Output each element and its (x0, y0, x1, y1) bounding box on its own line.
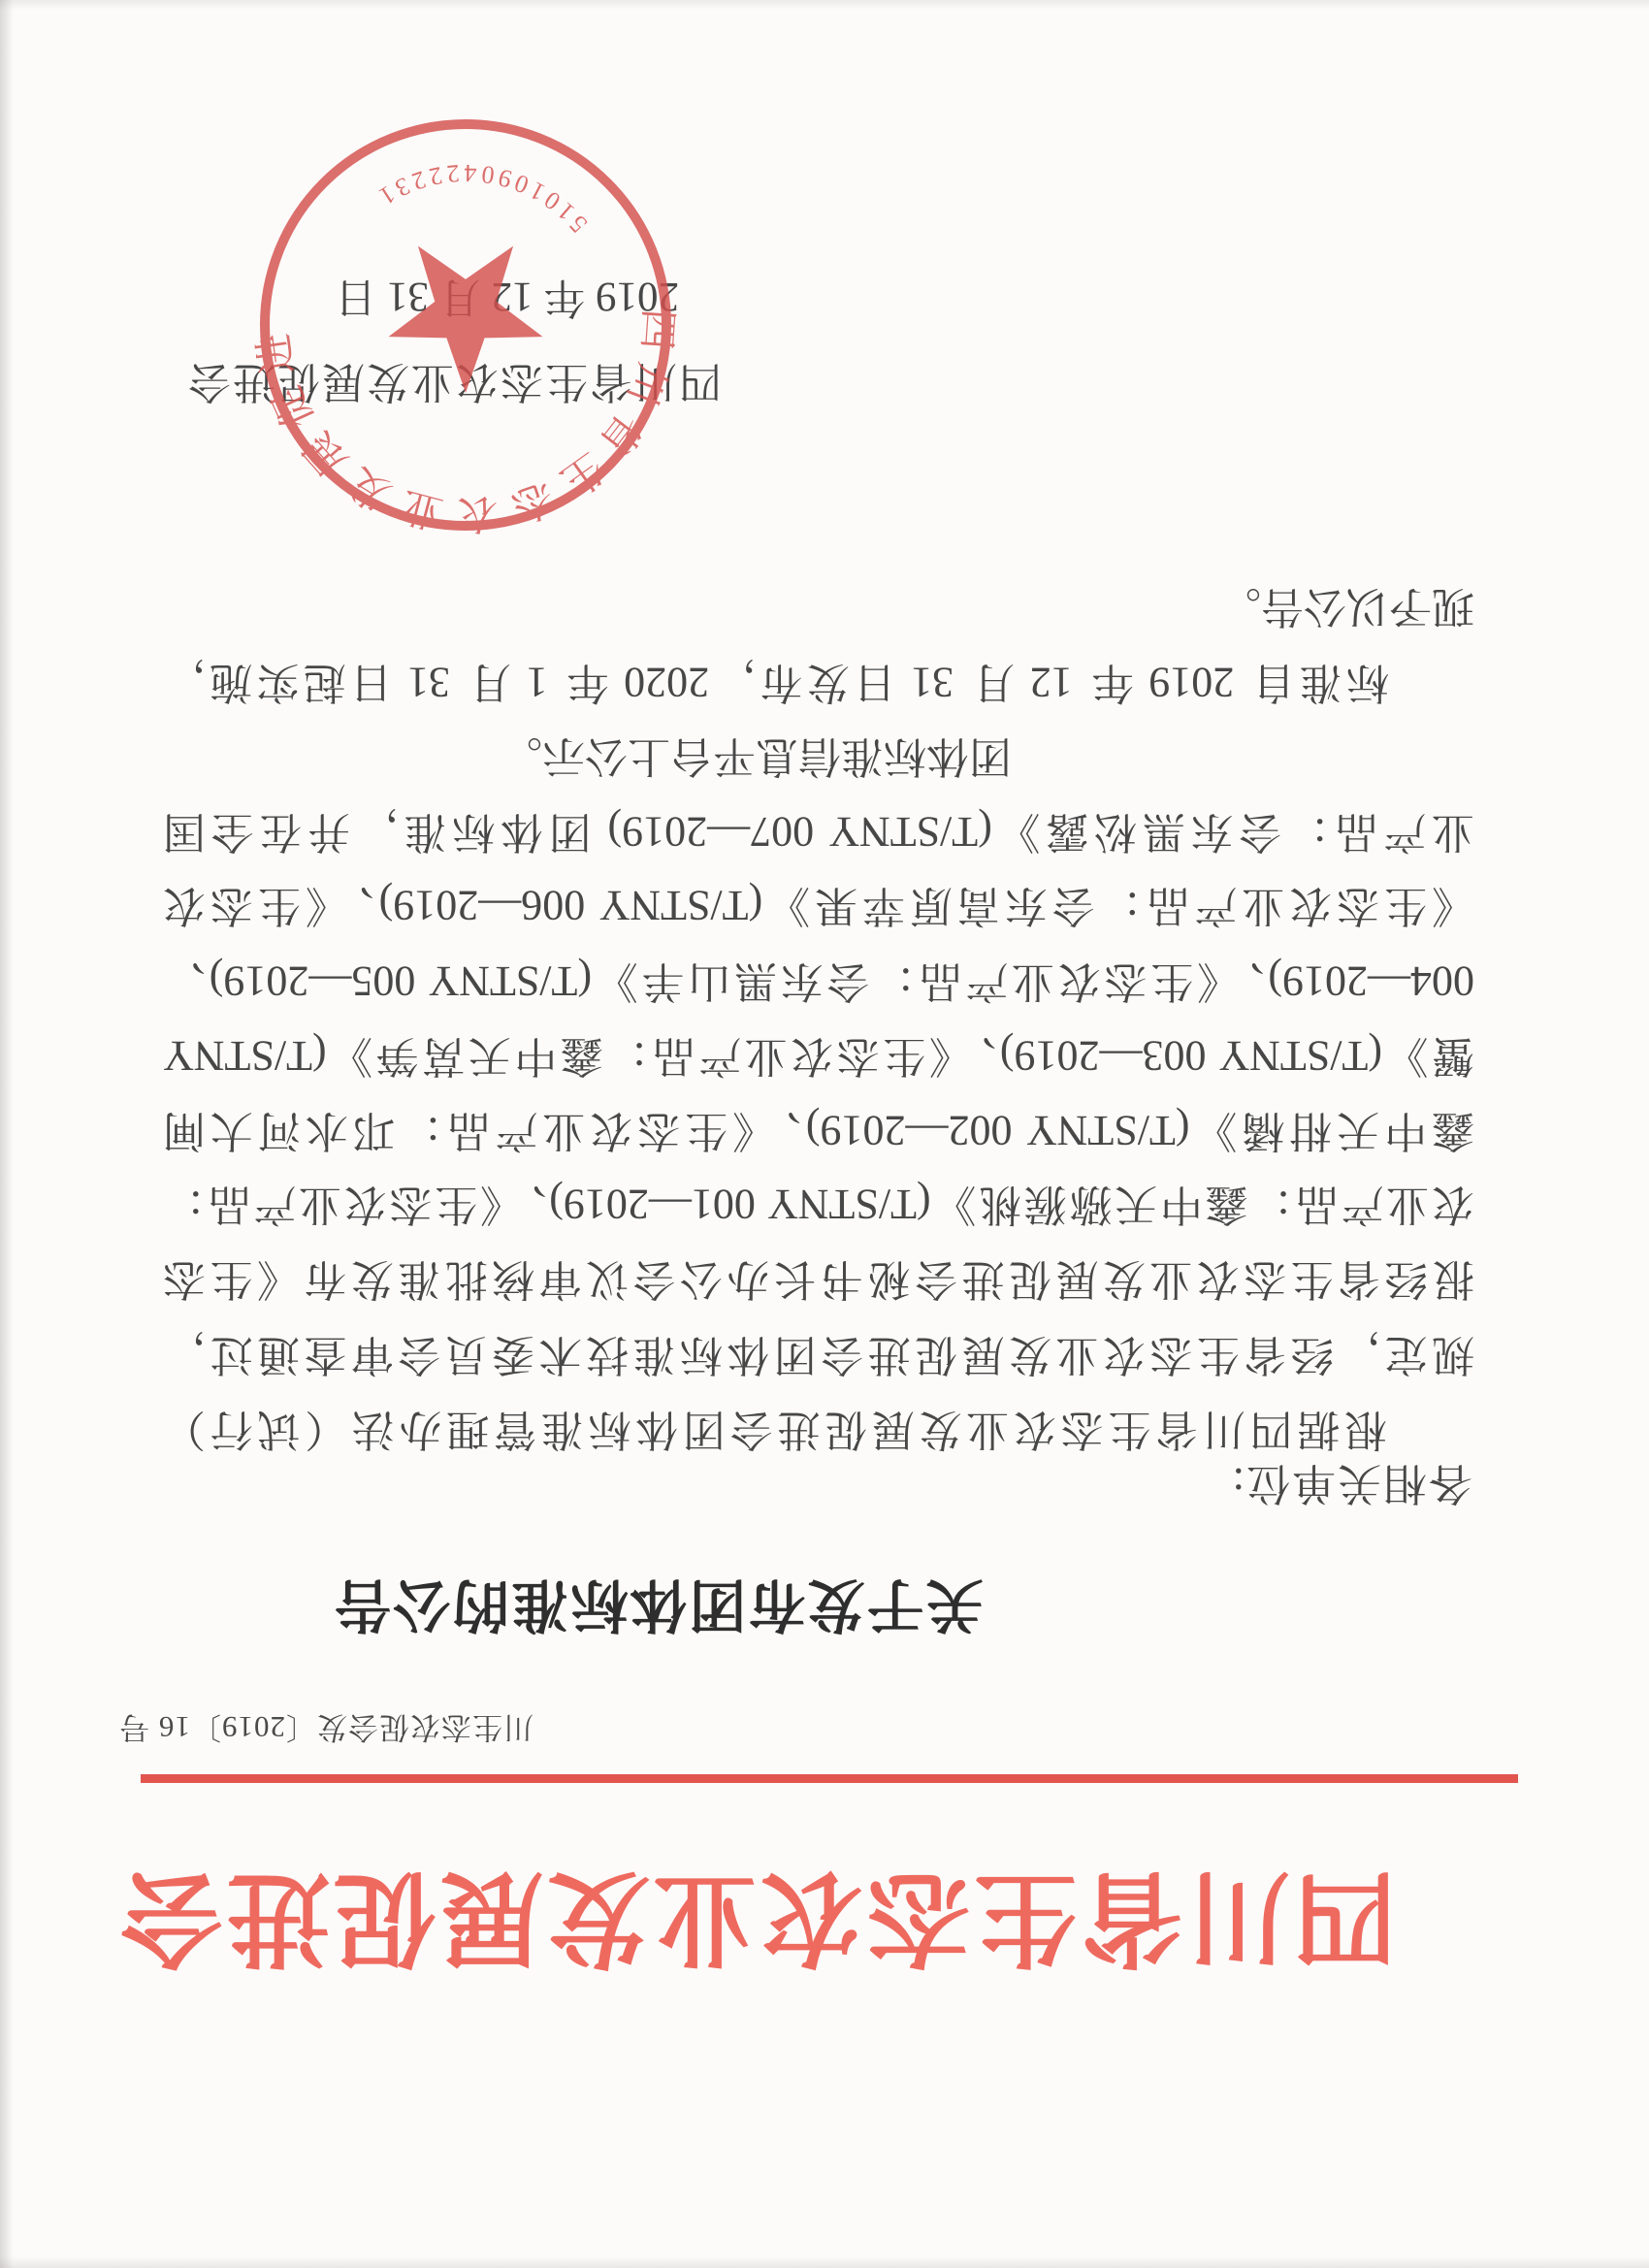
body-line: 标准自 2019 年 12 月 31 日发布，2020 年 1 月 31 日起实… (163, 656, 1474, 708)
body-line: 蟹》(T/STNY 003—2019)、《生态农业产品：鑫中天莴笋》(T/STN… (163, 1029, 1474, 1082)
body-line: 报经省生态农业发展促进会秘书长办公会议审核批准发布《生态 (163, 1252, 1474, 1305)
body-line: 根据四川省生态农业发展促进会团体标准管理办法（试行） (163, 1403, 1474, 1455)
body-line: 业产品：会东黑松露》(T/STNY 007—2019) 团体标准，并在全国 (163, 805, 1474, 858)
document-sheet-rotated-180: 四川省生态农业发展促进会 川生态农促会发〔2019〕16 号 关于发布团体标准的… (0, 0, 1649, 2268)
scanned-document-page: 四川省生态农业发展促进会 川生态农促会发〔2019〕16 号 关于发布团体标准的… (0, 0, 1649, 2268)
letterhead-red-rule (141, 1774, 1518, 1783)
body-line: 团体标准信息平台上公示。 (500, 729, 1012, 782)
salutation: 各相关单位: (1230, 1456, 1472, 1519)
seal-code-text: 5101090422231 (370, 159, 593, 239)
announcement-title: 关于发布团体标准的公告 (318, 1569, 997, 1651)
body-line: 004—2019)、《生态农业产品：会东黑山羊》(T/STNY 005—2019… (163, 955, 1474, 1007)
body-line: 《生态农业产品：会东高原苹果》(T/STNY 006—2019)、《生态农 (163, 879, 1474, 931)
letterhead-org-title: 四川省生态农业发展促进会 (126, 1804, 1397, 2027)
document-number: 川生态农促会发〔2019〕16 号 (165, 1708, 533, 1752)
seal-star-icon (389, 246, 543, 393)
body-line: 现予以公告。 (1218, 580, 1474, 632)
body-line: 规定，经省生态农业发展促进会团体标准技术委员会审查通过， (163, 1328, 1474, 1380)
body-line: 鑫中天柑橘》(T/STNY 002—2019)、《生态农业产品：邛水河大闸 (163, 1104, 1474, 1156)
body-line: 农业产品：鑫中天猕猴桃》(T/STNY 001—2019)、《生态农业产品： (163, 1178, 1474, 1230)
official-seal-stamp: 四川省生态农业发展促进会 5101090422231 (252, 112, 679, 538)
